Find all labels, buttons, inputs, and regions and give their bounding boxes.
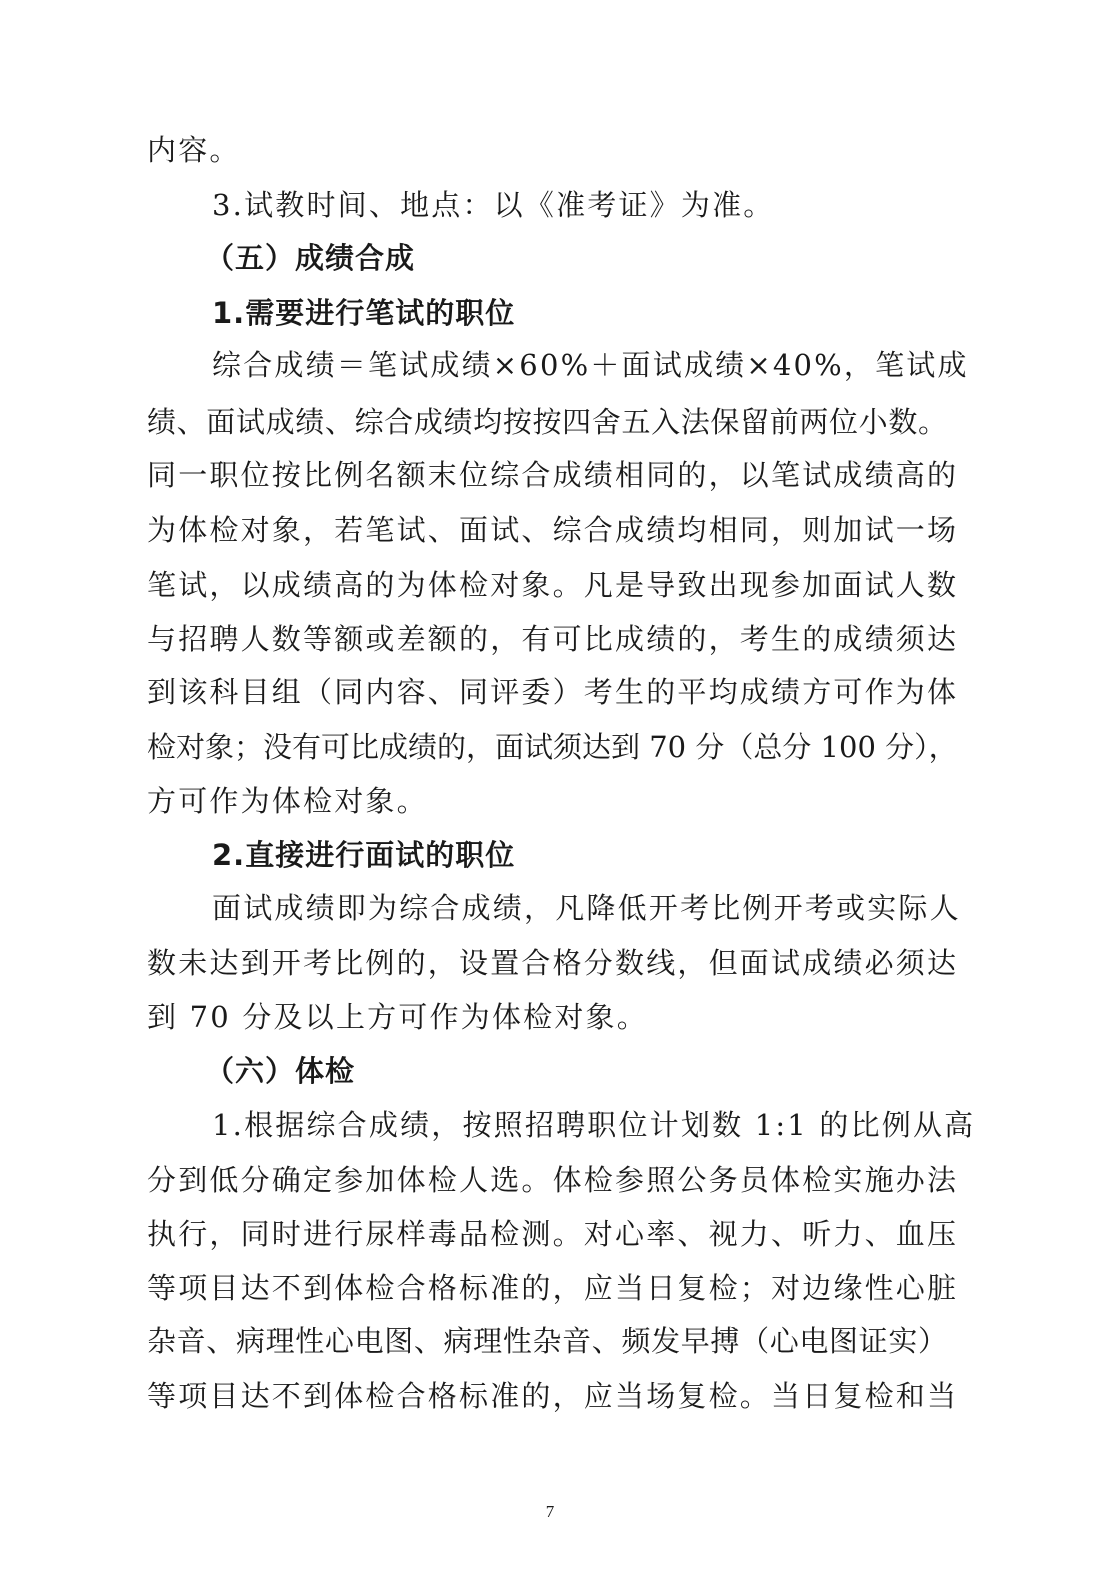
subsection-heading: 1.需要进行笔试的职位 [212,295,1012,331]
paragraph-line: 数未达到开考比例的，设置合格分数线，但面试成绩必须达 [147,945,947,981]
paragraph-line: 到 70 分及以上方可作为体检对象。 [147,999,947,1035]
subsection-heading: 2.直接进行面试的职位 [212,837,1012,873]
paragraph-line: 内容。 [147,132,947,168]
paragraph-line: 同一职位按比例名额末位综合成绩相同的，以笔试成绩高的 [147,457,947,493]
paragraph-line: 到该科目组（同内容、同评委）考生的平均成绩方可作为体 [147,674,947,710]
paragraph-line: 绩、面试成绩、综合成绩均按按四舍五入法保留前两位小数。 [147,404,947,440]
paragraph-line: 为体检对象，若笔试、面试、综合成绩均相同，则加试一场 [147,512,947,548]
paragraph-line: 等项目达不到体检合格标准的，应当日复检；对边缘性心脏 [147,1270,947,1306]
paragraph-line: 与招聘人数等额或差额的，有可比成绩的，考生的成绩须达 [147,621,947,657]
page-number: 7 [0,1502,1100,1522]
paragraph-line: 检对象；没有可比成绩的，面试须达到 70 分（总分 100 分）， [147,729,947,765]
section-heading: （五）成绩合成 [205,240,1005,276]
paragraph-line: 执行，同时进行尿样毒品检测。对心率、视力、听力、血压 [147,1216,947,1252]
paragraph-line: 等项目达不到体检合格标准的，应当场复检。当日复检和当 [147,1378,947,1414]
paragraph-line: 3.试教时间、地点：以《准考证》为准。 [212,187,1012,223]
paragraph-line: 方可作为体检对象。 [147,783,947,819]
paragraph-line: 分到低分确定参加体检人选。体检参照公务员体检实施办法 [147,1162,947,1198]
paragraph-line: 杂音、病理性心电图、病理性杂音、频发早搏（心电图证实） [147,1323,947,1359]
document-page: 内容。 3.试教时间、地点：以《准考证》为准。 （五）成绩合成 1.需要进行笔试… [0,0,1100,1595]
paragraph-line: 1.根据综合成绩，按照招聘职位计划数 1:1 的比例从高 [212,1107,947,1143]
paragraph-line: 综合成绩＝笔试成绩×60%＋面试成绩×40%，笔试成 [212,347,947,383]
section-heading: （六）体检 [205,1053,1005,1089]
paragraph-line: 笔试，以成绩高的为体检对象。凡是导致出现参加面试人数 [147,567,947,603]
paragraph-line: 面试成绩即为综合成绩，凡降低开考比例开考或实际人 [212,890,947,926]
